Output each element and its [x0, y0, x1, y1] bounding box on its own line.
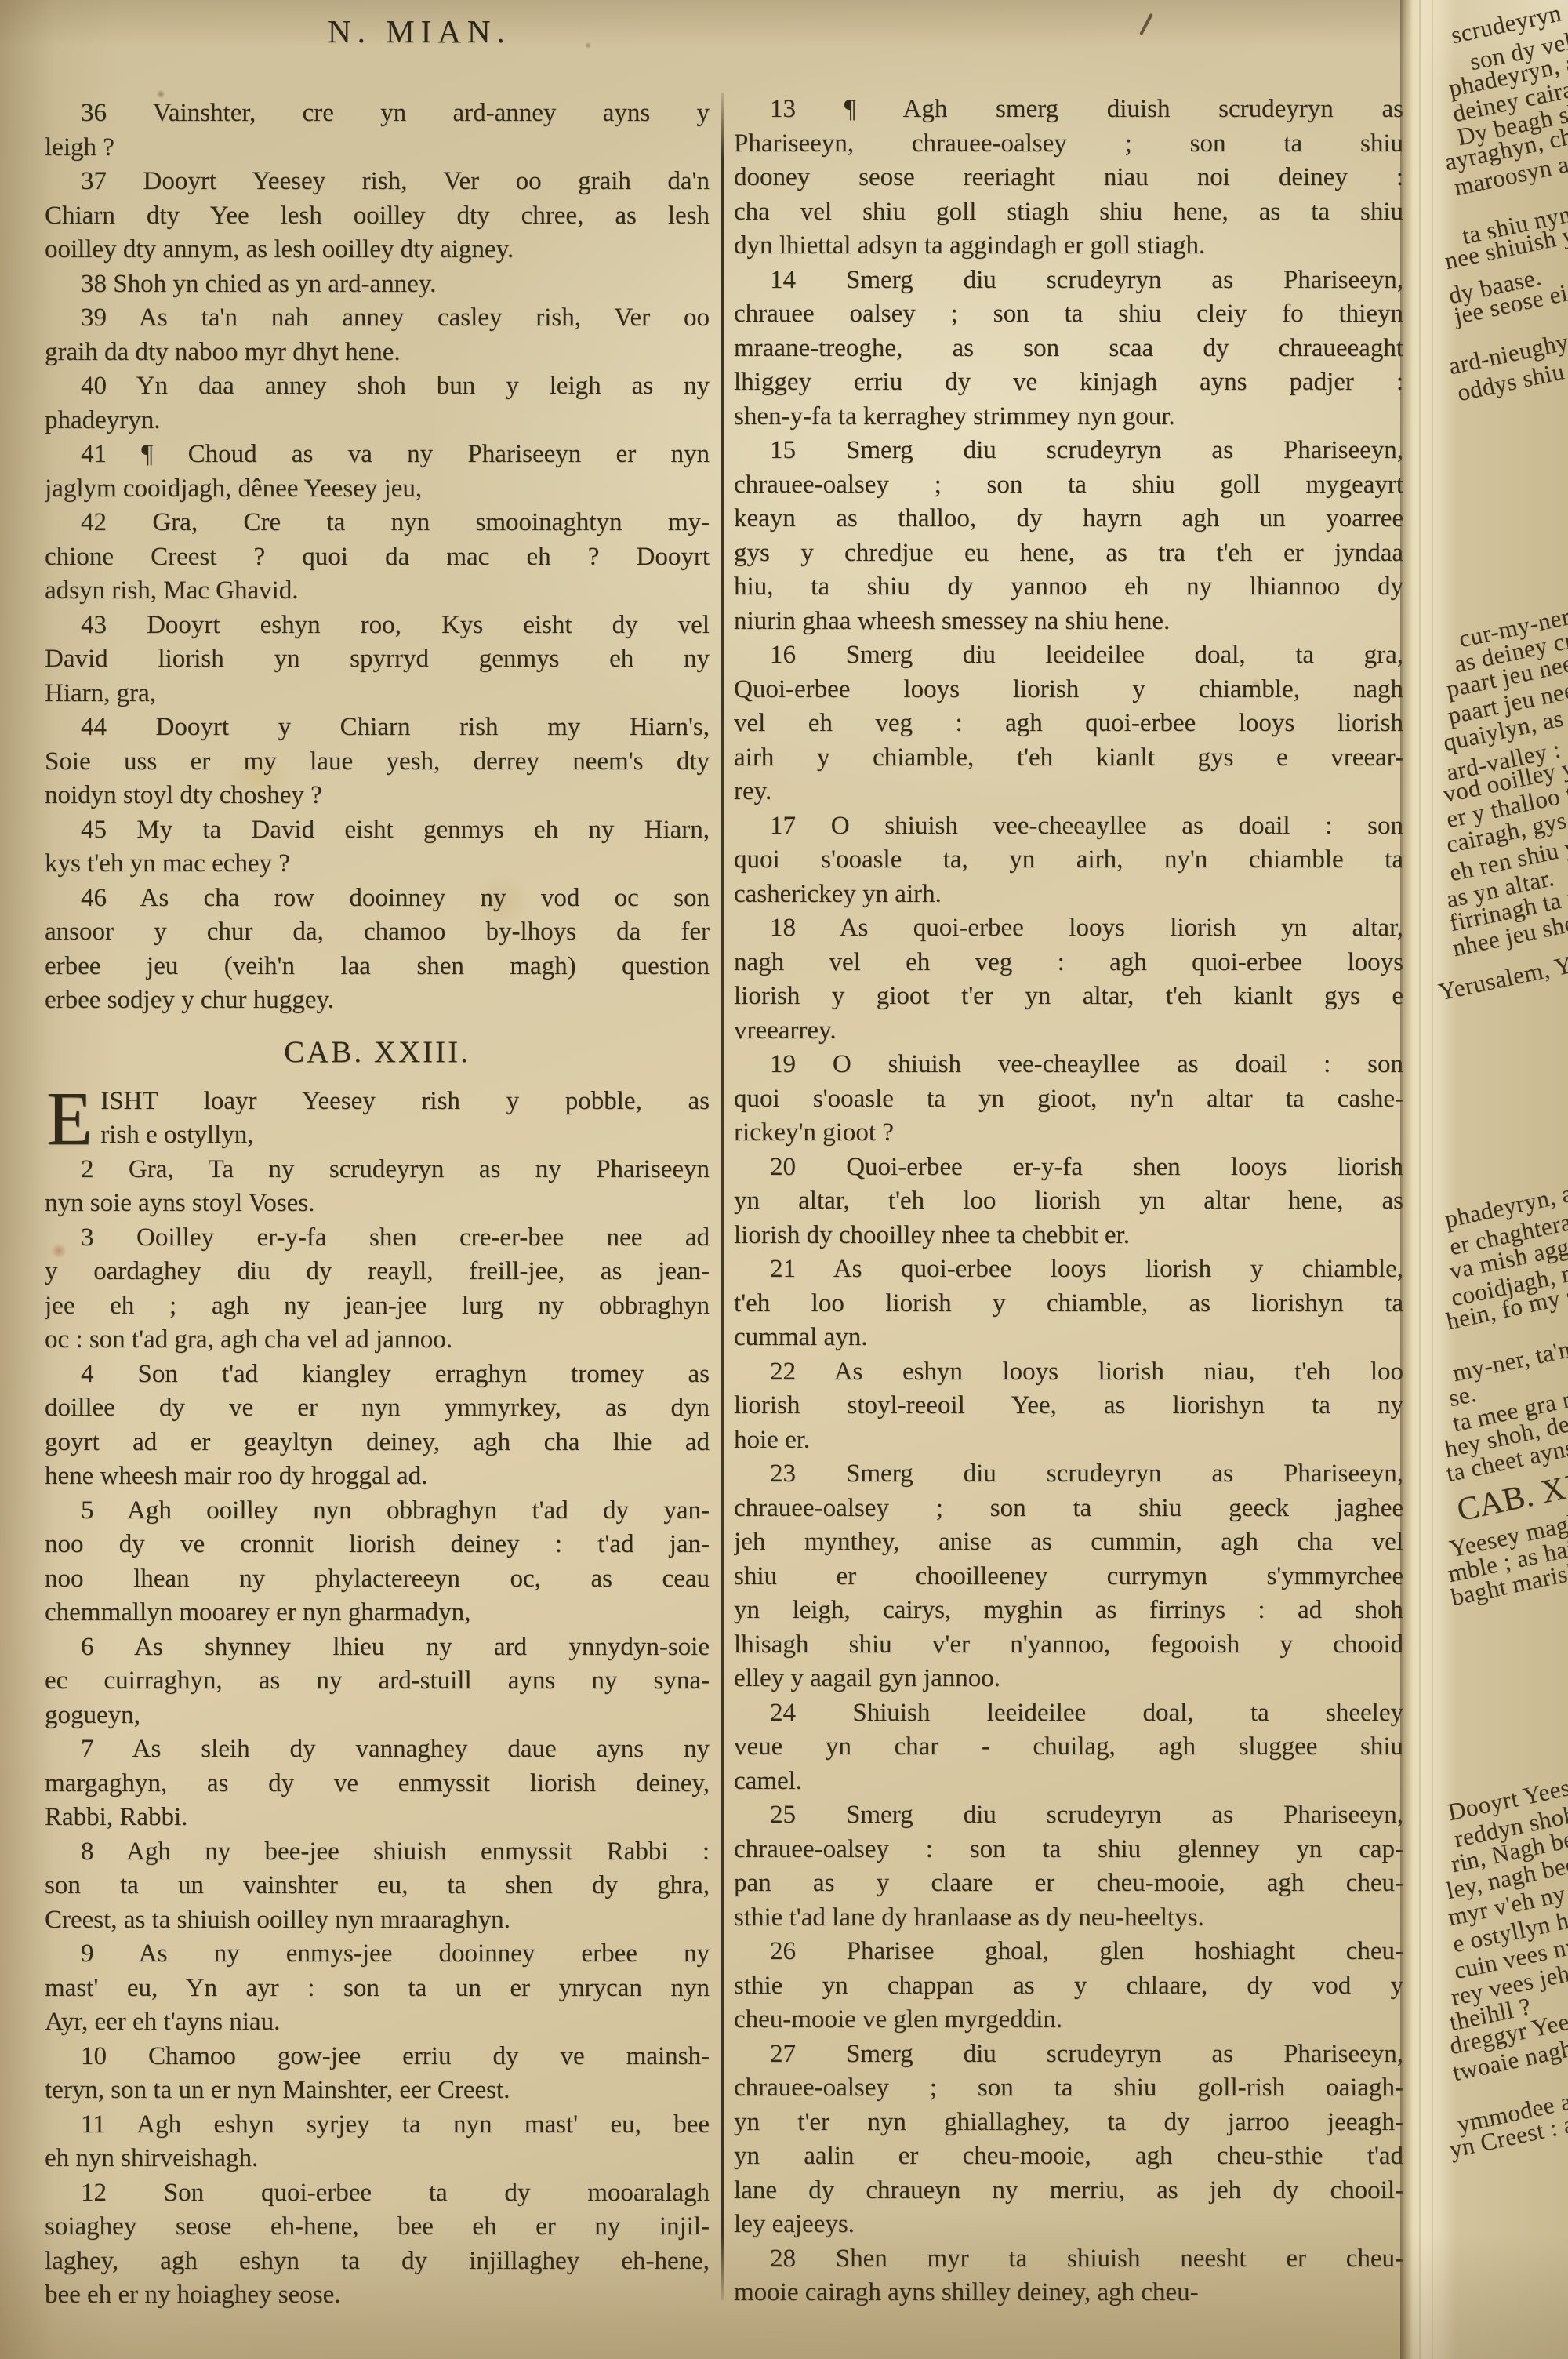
verse-line: cummal ayn. — [734, 1321, 1403, 1355]
verse-line: 43 Dooyrt eshyn roo, Kys eisht dy vel — [45, 609, 710, 643]
verse-line: airh y chiamble, t'eh kianlt gys e vreea… — [734, 741, 1403, 776]
verse-line: chrauee-oalsey : son ta shiu glenney yn … — [734, 1833, 1403, 1867]
verse-line: 36 Vainshter, cre yn ard-anney ayns y — [45, 96, 710, 131]
verse: 27 Smerg diu scrudeyryn as Phariseeyn,ch… — [734, 2037, 1403, 2242]
verse: 39 As ta'n nah anney casley rish, Ver oo… — [45, 301, 710, 369]
verse: 24 Shiuish leeideilee doal, ta sheeleyve… — [734, 1696, 1403, 1799]
verse-line: 21 As quoi-erbee looys liorish y chiambl… — [734, 1252, 1403, 1287]
verse-line: 20 Quoi-erbee er-y-fa shen looys liorish — [734, 1150, 1403, 1185]
verse: 7 As sleih dy vannaghey daue ayns nymarg… — [45, 1732, 710, 1835]
verse-line: veue yn char - chuilag, agh sluggee shiu — [734, 1730, 1403, 1765]
verse: 37 Dooyrt Yeesey rish, Ver oo graih da'n… — [45, 165, 710, 267]
verse-line: chrauee-oalsey ; son ta shiu geeck jaghe… — [734, 1492, 1403, 1526]
verse: 14 Smerg diu scrudeyryn as Phariseeyn,ch… — [734, 264, 1403, 434]
verse: 11 Agh eshyn syrjey ta nyn mast' eu, bee… — [45, 2108, 710, 2176]
verse-line: ooilley dty annym, as lesh ooilley dty a… — [45, 233, 710, 267]
verse: 5 Agh ooilley nyn obbraghyn t'ad dy yan-… — [45, 1494, 710, 1630]
verse: 25 Smerg diu scrudeyryn as Phariseeyn,ch… — [734, 1798, 1403, 1935]
verse-group-left-b: 2 Gra, Ta ny scrudeyryn as ny Phariseeyn… — [45, 1153, 710, 2313]
verse-line: 18 As quoi-erbee looys liorish yn altar, — [734, 911, 1403, 946]
verse-line: 11 Agh eshyn syrjey ta nyn mast' eu, bee — [45, 2108, 710, 2143]
verse-line: liorish stoyl-reeoil Yee, as liorishyn t… — [734, 1389, 1403, 1423]
verse-line: ISHT loayr Yeesey rish y pobble, as — [100, 1085, 710, 1119]
verse-line: jee eh ; agh ny jean-jee lurg ny obbragh… — [45, 1289, 710, 1324]
verse-line: mraane-treoghe, as son scaa dy chraueeag… — [734, 332, 1403, 366]
verse: 17 O shiuish vee-cheeayllee as doail : s… — [734, 809, 1403, 912]
verse-line: 8 Agh ny bee-jee shiuish enmyssit Rabbi … — [45, 1835, 710, 1870]
verse: 9 As ny enmys-jee dooinney erbee nymast'… — [45, 1937, 710, 2040]
verse-group-right: 13 ¶ Agh smerg diuish scrudeyryn asPhari… — [734, 93, 1403, 2310]
column-divider-rule — [721, 93, 724, 2300]
verse-line: Chiarn dty Yee lesh ooilley dty chree, a… — [45, 199, 710, 234]
verse-line: jaglym cooidjagh, dênee Yeesey jeu, — [45, 472, 710, 507]
verse-line: 3 Ooilley er-y-fa shen cre-er-bee nee ad — [45, 1221, 710, 1256]
verse: 12 Son quoi-erbee ta dy mooaralaghsoiagh… — [45, 2176, 710, 2313]
verse-line: lhisagh shiu v'er n'yannoo, fegooish y c… — [734, 1628, 1403, 1663]
verse-line: graih da dty naboo myr dhyt hene. — [45, 336, 710, 370]
verse: 26 Pharisee ghoal, glen hoshiaght cheu-s… — [734, 1935, 1403, 2037]
verse-line: adsyn rish, Mac Ghavid. — [45, 574, 710, 609]
verse-line: phadeyryn. — [45, 404, 710, 438]
verse-line: chrauee oalsey ; son ta shiu cleiy fo th… — [734, 297, 1403, 332]
verse: 45 My ta David eisht genmys eh ny Hiarn,… — [45, 813, 710, 881]
verse-line: 25 Smerg diu scrudeyryn as Phariseeyn, — [734, 1798, 1403, 1833]
verse: 16 Smerg diu leeideilee doal, ta gra,Quo… — [734, 638, 1403, 809]
verse-line: 24 Shiuish leeideilee doal, ta sheeley — [734, 1696, 1403, 1731]
verse: 2 Gra, Ta ny scrudeyryn as ny Phariseeyn… — [45, 1153, 710, 1221]
verse-line: 23 Smerg diu scrudeyryn as Phariseeyn, — [734, 1457, 1403, 1492]
verse-line: 26 Pharisee ghoal, glen hoshiaght cheu- — [734, 1935, 1403, 1969]
verse-line: erbee jeu (veih'n laa shen magh) questio… — [45, 950, 710, 984]
verse-line: 6 As shynney lhieu ny ard ynnydyn-soie — [45, 1630, 710, 1665]
verse-line: lhiggey erriu dy ve kinjagh ayns padjer … — [734, 365, 1403, 400]
verse: 42 Gra, Cre ta nyn smooinaghtyn my-chion… — [45, 506, 710, 609]
verse-line: sthie yn chappan as y chlaare, dy vod y — [734, 1969, 1403, 2004]
verse-line: 14 Smerg diu scrudeyryn as Phariseeyn, — [734, 264, 1403, 298]
verse-line: quoi s'ooasle ta, yn airh, ny'n chiamble… — [734, 843, 1403, 878]
verse-line: y oardaghey diu dy reayll, freill-jee, a… — [45, 1255, 710, 1289]
verse: 13 ¶ Agh smerg diuish scrudeyryn asPhari… — [734, 93, 1403, 264]
verse-line: gogueyn, — [45, 1699, 710, 1733]
verse-line: 16 Smerg diu leeideilee doal, ta gra, — [734, 638, 1403, 673]
verse-line: Phariseeyn, chrauee-oalsey ; son ta shiu — [734, 127, 1403, 162]
verse-line: elley y aagail gyn jannoo. — [734, 1662, 1403, 1696]
verse-line: 44 Dooyrt y Chiarn rish my Hiarn's, — [45, 711, 710, 745]
verse-line: eh nyn shirveishagh. — [45, 2142, 710, 2176]
verse-line: goyrt ad er geayltyn deiney, agh cha lhi… — [45, 1426, 710, 1460]
verse-line: 13 ¶ Agh smerg diuish scrudeyryn as — [734, 93, 1403, 127]
verse-line: cha vel shiu goll stiagh shiu hene, as t… — [734, 195, 1403, 230]
verse-line: leigh ? — [45, 131, 710, 165]
verse-line: mast' eu, Yn ayr : son ta un er ynrycan … — [45, 1972, 710, 2006]
verse-line: Soie uss er my laue yesh, derrey neem's … — [45, 745, 710, 780]
verse-line: liorish dy chooilley nhee ta chebbit er. — [734, 1219, 1403, 1253]
verse-line: cheu-mooie ve glen myrgeddin. — [734, 2003, 1403, 2037]
verse-line: hiu, ta shiu dy yannoo eh ny lhiannoo dy — [734, 570, 1403, 605]
verse-line: vreearrey. — [734, 1014, 1403, 1049]
verse-line: chemmallyn mooarey er nyn gharmadyn, — [45, 1596, 710, 1630]
edge-text-fragment: my-ner, ta'n thie — [1450, 1327, 1568, 1385]
verse: 46 As cha row dooinney ny vod oc sonanso… — [45, 881, 710, 1018]
verse-line: Creest, as ta shiuish ooilley nyn mraara… — [45, 1903, 710, 1938]
verse-line: ansoor y chur da, chamoo by-lhoys da fer — [45, 915, 710, 950]
verse-line: yn altar, t'eh loo liorish yn altar hene… — [734, 1184, 1403, 1219]
verse-line: Quoi-erbee looys liorish y chiamble, nag… — [734, 673, 1403, 707]
chapter-heading: CAB. XXIII. — [45, 1037, 710, 1067]
verse-line: pan as y claare er cheu-mooie, agh cheu- — [734, 1866, 1403, 1901]
verse-line: t'eh loo liorish y chiamble, as liorishy… — [734, 1287, 1403, 1321]
verse-line: 45 My ta David eisht genmys eh ny Hiarn, — [45, 813, 710, 848]
verse: 44 Dooyrt y Chiarn rish my Hiarn's,Soie … — [45, 711, 710, 813]
dropcap-verse: E ISHT loayr Yeesey rish y pobble, asris… — [45, 1085, 710, 1153]
verse-line: nagh vel eh veg : agh quoi-erbee looys — [734, 946, 1403, 980]
verse-line: rish e ostyllyn, — [100, 1118, 710, 1153]
verse-line: casherickey yn airh. — [734, 878, 1403, 912]
verse-line: 41 ¶ Choud as va ny Phariseeyn er nyn — [45, 438, 710, 472]
verse-line: 15 Smerg diu scrudeyryn as Phariseeyn, — [734, 434, 1403, 468]
verse-line: dooney seose reeriaght niau noi deiney : — [734, 161, 1403, 195]
verse-line: 42 Gra, Cre ta nyn smooinaghtyn my- — [45, 506, 710, 540]
verse-line: camel. — [734, 1765, 1403, 1799]
verse: 22 As eshyn looys liorish niau, t'eh loo… — [734, 1355, 1403, 1458]
verse-line: liorish y gioot t'er yn altar, t'eh kian… — [734, 980, 1403, 1014]
verse: 23 Smerg diu scrudeyryn as Phariseeyn,ch… — [734, 1457, 1403, 1696]
verse-line: niurin ghaa wheesh smessey na shiu hene. — [734, 605, 1403, 639]
verse-line: yn leigh, cairys, myghin as firrinys : a… — [734, 1594, 1403, 1628]
verse: 6 As shynney lhieu ny ard ynnydyn-soieec… — [45, 1630, 710, 1733]
right-column: 13 ¶ Agh smerg diuish scrudeyryn asPhari… — [734, 93, 1403, 2310]
running-head: N. MIAN. — [328, 13, 511, 50]
verse-line: gys y chredjue eu hene, as tra t'eh er j… — [734, 536, 1403, 571]
verse-line: noidyn stoyl dty choshey ? — [45, 779, 710, 813]
verse-line: erbee sodjey y chur huggey. — [45, 983, 710, 1018]
verse-line: 7 As sleih dy vannaghey daue ayns ny — [45, 1732, 710, 1767]
verse-group-left-a: 36 Vainshter, cre yn ard-anney ayns ylei… — [45, 96, 710, 1018]
verse-line: 2 Gra, Ta ny scrudeyryn as ny Phariseeyn — [45, 1153, 710, 1187]
verse: 8 Agh ny bee-jee shiuish enmyssit Rabbi … — [45, 1835, 710, 1938]
verse: 21 As quoi-erbee looys liorish y chiambl… — [734, 1252, 1403, 1355]
verse-line: jeh mynthey, anise as cummin, agh cha ve… — [734, 1525, 1403, 1560]
verse: 10 Chamoo gow-jee erriu dy ve mainsh-ter… — [45, 2040, 710, 2108]
verse-line: margaghyn, as dy ve enmyssit liorish dei… — [45, 1767, 710, 1801]
verse-line: lane dy chraueyn ny merriu, as jeh dy ch… — [734, 2174, 1403, 2208]
verse-line: dyn lhiettal adsyn ta aggindagh er goll … — [734, 229, 1403, 264]
verse-line: 5 Agh ooilley nyn obbraghyn t'ad dy yan- — [45, 1494, 710, 1528]
verse-line: 38 Shoh yn chied as yn ard-anney. — [45, 267, 710, 302]
verse-line: 27 Smerg diu scrudeyryn as Phariseeyn, — [734, 2037, 1403, 2072]
verse: 43 Dooyrt eshyn roo, Kys eisht dy velDav… — [45, 609, 710, 711]
verse-line: ec cuirraghyn, as ny ard-stuill ayns ny … — [45, 1664, 710, 1699]
verse: 3 Ooilley er-y-fa shen cre-er-bee nee ad… — [45, 1221, 710, 1358]
verse-line: oc : son t'ad gra, agh cha vel ad jannoo… — [45, 1323, 710, 1358]
next-page-fore-edge: scrudeyryn asson dy vel shphadeyryn, as … — [1400, 0, 1568, 2359]
verse-line: mooie cairagh ayns shilley deiney, agh c… — [734, 2276, 1403, 2310]
verse-line: 28 Shen myr ta shiuish neesht er cheu- — [734, 2242, 1403, 2277]
verse: 4 Son t'ad kiangley erraghyn tromey asdo… — [45, 1358, 710, 1494]
verse-line: sthie t'ad lane dy hranlaase as dy neu-h… — [734, 1901, 1403, 1936]
verse-line: chrauee-oalsey ; son ta shiu goll mygeay… — [734, 468, 1403, 503]
verse-line: 4 Son t'ad kiangley erraghyn tromey as — [45, 1358, 710, 1392]
verse-line: soiaghey seose eh-hene, bee eh er ny inj… — [45, 2210, 710, 2245]
book-scan-page: { "page": { "header": "N. MIAN.", "paper… — [0, 0, 1568, 2359]
verse-line: Rabbi, Rabbi. — [45, 1801, 710, 1835]
verse-line: 10 Chamoo gow-jee erriu dy ve mainsh- — [45, 2040, 710, 2074]
verse-line: quoi s'ooasle ta yn gioot, ny'n altar ta… — [734, 1082, 1403, 1117]
verse-line: ley eajeeys. — [734, 2208, 1403, 2242]
verse-line: kys t'eh yn mac echey ? — [45, 847, 710, 881]
verse-line: keayn as thalloo, dy hayrn agh un yoarre… — [734, 502, 1403, 536]
verse: 18 As quoi-erbee looys liorish yn altar,… — [734, 911, 1403, 1048]
verse: 40 Yn daa anney shoh bun y leigh as nyph… — [45, 369, 710, 438]
verse-line: 17 O shiuish vee-cheeayllee as doail : s… — [734, 809, 1403, 844]
verse-line: noo lhean ny phylactereeyn oc, as ceau — [45, 1562, 710, 1597]
verse: 15 Smerg diu scrudeyryn as Phariseeyn,ch… — [734, 434, 1403, 638]
verse: 38 Shoh yn chied as yn ard-anney. — [45, 267, 710, 302]
verse-line: 12 Son quoi-erbee ta dy mooaralagh — [45, 2176, 710, 2211]
verse-line: yn aalin er cheu-mooie, agh cheu-sthie t… — [734, 2139, 1403, 2174]
verse-line: rey. — [734, 775, 1403, 809]
verse-line: nyn soie ayns stoyl Voses. — [45, 1187, 710, 1221]
verse-line: laghey, agh eshyn ta dy injillaghey eh-h… — [45, 2245, 710, 2279]
verse: 36 Vainshter, cre yn ard-anney ayns ylei… — [45, 96, 710, 165]
verse-line: teryn, son ta un er nyn Mainshter, eer C… — [45, 2074, 710, 2108]
verse-line: hoie er. — [734, 1423, 1403, 1458]
verse-line: Hiarn, gra, — [45, 677, 710, 711]
verse-line: Ayr, eer eh t'ayns niau. — [45, 2005, 710, 2040]
verse-line: hene wheesh mair roo dy hroggal ad. — [45, 1459, 710, 1494]
verse: 41 ¶ Choud as va ny Phariseeyn er nynjag… — [45, 438, 710, 506]
verse-line: yn t'er nyn ghiallaghey, ta dy jarroo je… — [734, 2106, 1403, 2140]
verse-line: chrauee-oalsey ; son ta shiu goll-rish o… — [734, 2071, 1403, 2106]
verse-line: 37 Dooyrt Yeesey rish, Ver oo graih da'n — [45, 165, 710, 199]
ink-mark — [1139, 13, 1153, 35]
left-column: 36 Vainshter, cre yn ard-anney ayns ylei… — [45, 96, 710, 2313]
verse: 28 Shen myr ta shiuish neesht er cheu-mo… — [734, 2242, 1403, 2310]
verse-line: 22 As eshyn looys liorish niau, t'eh loo — [734, 1355, 1403, 1390]
verse-line: David liorish yn spyrryd genmys eh ny — [45, 642, 710, 677]
verse-line: 19 O shiuish vee-cheayllee as doail : so… — [734, 1048, 1403, 1082]
verse-line: 46 As cha row dooinney ny vod oc son — [45, 881, 710, 916]
verse-line: bee eh er ny hoiaghey seose. — [45, 2278, 710, 2313]
verse: 20 Quoi-erbee er-y-fa shen looys liorish… — [734, 1150, 1403, 1253]
verse-line: noo dy ve cronnit liorish deiney : t'ad … — [45, 1528, 710, 1562]
verse-line: vel eh veg : agh quoi-erbee looys lioris… — [734, 707, 1403, 741]
verse-line: shen-y-fa ta kerraghey strimmey nyn gour… — [734, 400, 1403, 434]
verse-line: 9 As ny enmys-jee dooinney erbee ny — [45, 1937, 710, 1972]
verse-line: shiu er chooilleeney currymyn s'ymmyrche… — [734, 1560, 1403, 1594]
verse-line: son ta un vainshter eu, ta shen dy ghra, — [45, 1869, 710, 1903]
verse-line: 40 Yn daa anney shoh bun y leigh as ny — [45, 369, 710, 404]
verse-line: doillee dy ve er nyn ymmyrkey, as dyn — [45, 1391, 710, 1426]
verse-line: 39 As ta'n nah anney casley rish, Ver oo — [45, 301, 710, 336]
verse-line: rickey'n gioot ? — [734, 1116, 1403, 1150]
verse-line: chione Creest ? quoi da mac eh ? Dooyrt — [45, 540, 710, 575]
verse: 19 O shiuish vee-cheayllee as doail : so… — [734, 1048, 1403, 1150]
drop-cap-letter: E — [45, 1085, 100, 1150]
